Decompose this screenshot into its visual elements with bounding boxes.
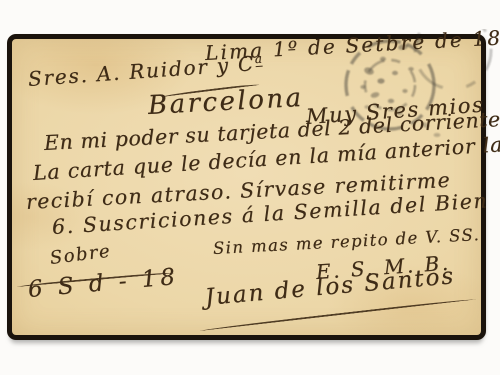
addressee-line: Sres. A. Ruidor y Ca	[27, 53, 262, 89]
postcard: Lima 1º de Setbre de 1878 Sres. A. Ruido…	[7, 34, 486, 340]
destination-city: Barcelona	[147, 85, 304, 119]
addressee-text: Sres. A. Ruidor y C	[27, 51, 256, 91]
side-note: Sobre	[49, 243, 112, 268]
addressee-superscript: a	[254, 52, 262, 67]
scan-background: Lima 1º de Setbre de 1878 Sres. A. Ruido…	[0, 0, 500, 375]
